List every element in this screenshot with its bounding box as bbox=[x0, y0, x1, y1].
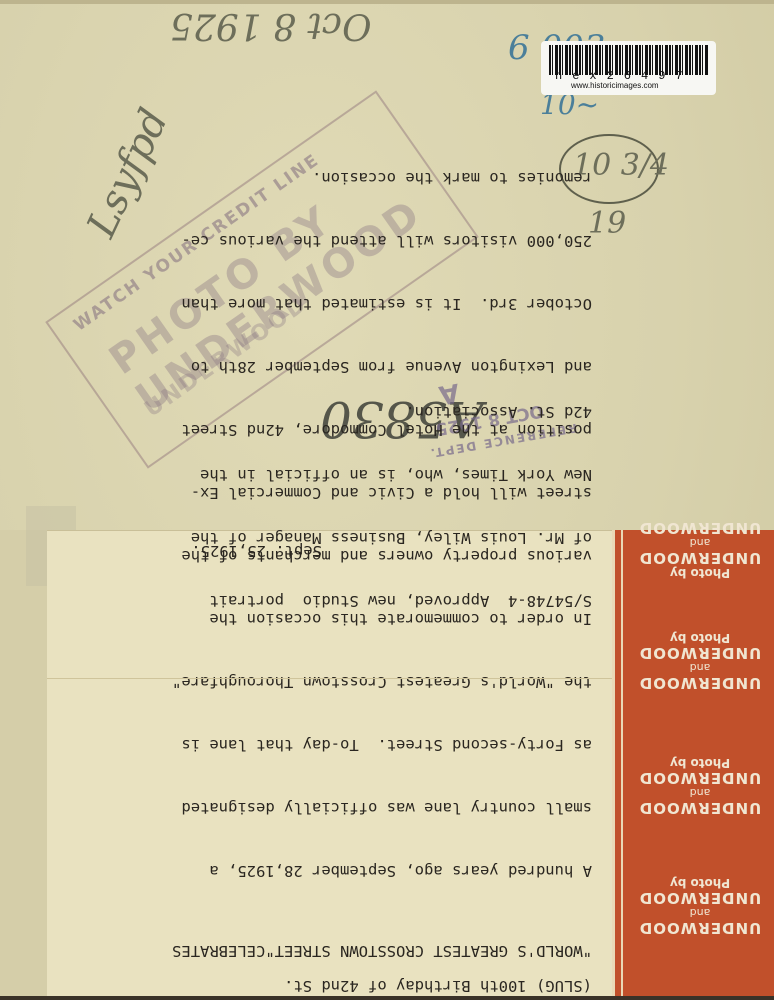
credit-block: UNDERWOOD and UNDERWOOD Photo by bbox=[625, 755, 774, 815]
caption-date: Sept. 25,1925. bbox=[0, 540, 322, 561]
caption-divider bbox=[47, 678, 612, 679]
body-line: small country lane was officially design… bbox=[72, 797, 592, 818]
credit-photo-by: Photo by bbox=[625, 875, 774, 890]
credit-name: UNDERWOOD bbox=[625, 675, 774, 690]
photo-credit-strip: Photo by UNDERWOOD and UNDERWOOD UNDERWO… bbox=[612, 530, 774, 1000]
credit-photo-by: Photo by bbox=[625, 565, 774, 580]
addendum-line: 42d St. Association. bbox=[72, 401, 592, 422]
credit-name: UNDERWOOD bbox=[625, 890, 774, 905]
caption-slug: (SLUG) 100th Birthday of 42nd St. bbox=[72, 975, 592, 996]
caption-headline: "WORLD'S GREATEST CROSSTOWN STREET"CELEB… bbox=[72, 940, 592, 961]
credit-name: UNDERWOOD bbox=[625, 550, 774, 565]
body-line: remonies to mark the occasion. bbox=[72, 167, 592, 188]
body-line: as Forty-second Street. To-day that lane… bbox=[72, 734, 592, 755]
credit-name: UNDERWOOD bbox=[625, 520, 774, 535]
credit-name: UNDERWOOD bbox=[625, 920, 774, 935]
body-line: 250,000 visitors will attend the various… bbox=[72, 230, 592, 251]
addendum-line: New York Times, who, is an official in t… bbox=[72, 464, 592, 485]
credit-photo-by: Photo by bbox=[625, 630, 774, 645]
credit-and: and bbox=[625, 785, 774, 800]
caption-left-margin bbox=[0, 530, 47, 1000]
bottom-edge bbox=[0, 996, 774, 1000]
credit-block: UNDERWOOD and UNDERWOOD Photo by bbox=[625, 630, 774, 690]
credit-block: Photo by UNDERWOOD and UNDERWOOD bbox=[625, 520, 774, 580]
top-edge bbox=[0, 0, 774, 4]
handwritten-below-circle: 19 bbox=[588, 206, 626, 241]
credit-block: UNDERWOOD and UNDERWOOD Photo by bbox=[625, 875, 774, 935]
barcode-sticker: nex26497 www.historicimages.com bbox=[541, 41, 716, 95]
handwritten-top-script: Oct 8 1925 bbox=[170, 5, 372, 46]
credit-photo-by: Photo by bbox=[625, 755, 774, 770]
credit-name: UNDERWOOD bbox=[625, 800, 774, 815]
addendum-line: S/54748-4 Approved, new Studio portrait bbox=[72, 590, 592, 611]
credit-name: UNDERWOOD bbox=[625, 770, 774, 785]
barcode-url: www.historicimages.com bbox=[571, 81, 659, 90]
credit-and: and bbox=[625, 535, 774, 550]
credit-name: UNDERWOOD bbox=[625, 645, 774, 660]
body-line: October 3rd. It is estimated that more t… bbox=[72, 293, 592, 314]
strip-border-line bbox=[621, 530, 623, 1000]
credit-and: and bbox=[625, 905, 774, 920]
caption-addendum: S/54748-4 Approved, new Studio portrait … bbox=[72, 359, 592, 653]
caption-sheet: (SLUG) 100th Birthday of 42nd St. "WORLD… bbox=[47, 530, 612, 1000]
credit-and: and bbox=[625, 660, 774, 675]
body-line: A hundred years ago, September 28,1925, … bbox=[72, 860, 592, 881]
caption-upside-down: (SLUG) 100th Birthday of 42nd St. "WORLD… bbox=[47, 531, 612, 1000]
body-line: the "World's Greatest Crosstown Thorough… bbox=[72, 671, 592, 692]
